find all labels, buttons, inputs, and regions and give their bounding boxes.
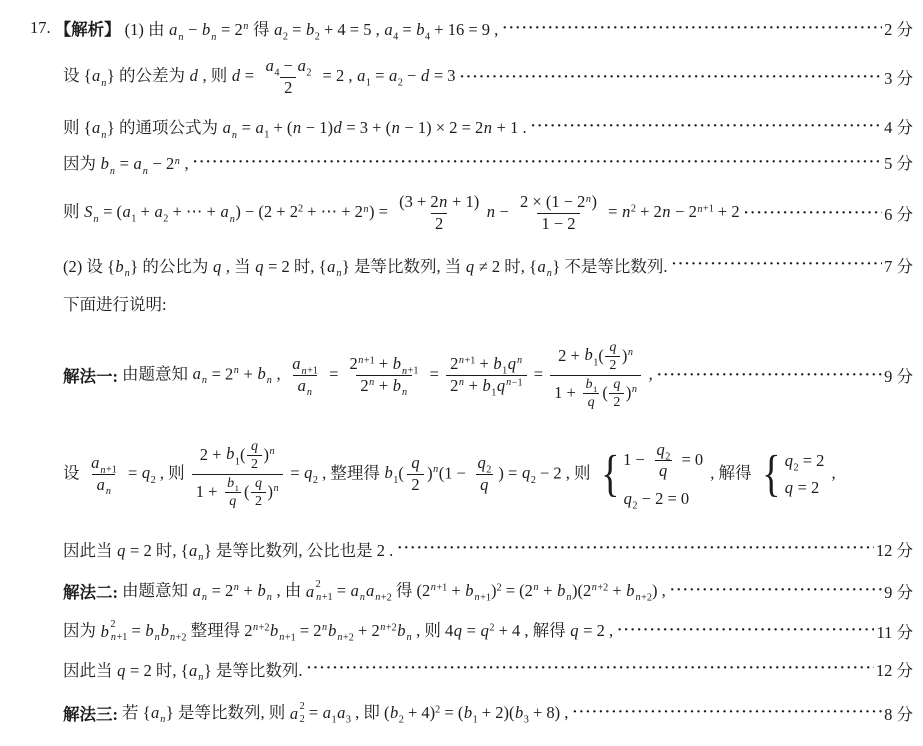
score-label: 5 分 (884, 150, 913, 174)
cases-brace: { (762, 452, 780, 495)
score-label: 6 分 (884, 201, 913, 225)
score-label: 12 分 (876, 657, 913, 681)
score-label: 12 分 (876, 537, 913, 561)
score-label: 11 分 (876, 619, 913, 643)
math-expression: (2) 设 {bn} 的公比为 q , 当 q = 2 时, {an} 是等比数… (63, 253, 667, 277)
dots-leader: ········································… (572, 704, 882, 721)
analysis-tag: 【解析】 (55, 16, 121, 40)
math-expression: 由题意知 an = 2n + bn , 由 a2n+1 = anan+2 得 (… (122, 577, 666, 605)
score-label: 8 分 (884, 701, 913, 725)
math-expression: 设 an+1an = q2 , 则 2 + b1(q2)n1 + b1q(q2)… (63, 438, 836, 511)
solution-line: 解法三:若 {an} 是等比数列, 则 a22 = a1a3 , 即 (b2 +… (63, 699, 913, 727)
math-expression: 因此当 q = 2 时, {an} 是等比数列. (63, 657, 303, 681)
dots-leader: ········································… (502, 20, 882, 37)
solution-line: 因为 b2n+1 = bnbn+2 整理得 2n+2bn+1 = 2nbn+2 … (63, 617, 913, 645)
score-label: 9 分 (884, 363, 913, 387)
solution-line: 设 {an} 的公差为 d , 则 d = a4 − a22 = 2 , a1 … (63, 56, 913, 98)
solution-line: (2) 设 {bn} 的公比为 q , 当 q = 2 时, {an} 是等比数… (63, 253, 913, 277)
solution-line: 则 {an} 的通项公式为 an = a1 + (n − 1)d = 3 + (… (63, 114, 913, 138)
dots-leader: ········································… (657, 367, 882, 384)
score-label: 9 分 (884, 579, 913, 603)
dots-leader: ········································… (193, 154, 883, 171)
method-label: 解法二: (63, 579, 118, 603)
math-expression: (1) 由 an − bn = 2n 得 a2 = b2 + 4 = 5 , a… (125, 16, 499, 40)
math-expression: 由题意知 an = 2n + bn , an+1an = 2n+1 + bn+1… (122, 339, 653, 412)
score-label: 4 分 (884, 114, 913, 138)
dots-leader: ········································… (744, 205, 883, 222)
dots-leader: ········································… (531, 118, 883, 135)
solution-line: 17.【解析】(1) 由 an − bn = 2n 得 a2 = b2 + 4 … (30, 16, 913, 40)
math-expression: 因此当 q = 2 时, {an} 是等比数列, 公比也是 2 . (63, 537, 393, 561)
solution-line: 因此当 q = 2 时, {an} 是等比数列, 公比也是 2 .·······… (63, 537, 913, 561)
solution-body: 17.【解析】(1) 由 an − bn = 2n 得 a2 = b2 + 4 … (30, 16, 913, 727)
solution-line: 下面进行说明: (63, 291, 913, 315)
solution-line: 因为 bn = an − 2n ,·······················… (63, 150, 913, 174)
score-label: 7 分 (884, 253, 913, 277)
dots-leader: ········································… (397, 540, 874, 557)
dots-leader: ········································… (670, 582, 882, 599)
method-label: 解法三: (63, 701, 118, 725)
solution-line: 设 an+1an = q2 , 则 2 + b1(q2)n1 + b1q(q2)… (63, 438, 913, 511)
solution-line: 解法二:由题意知 an = 2n + bn , 由 a2n+1 = anan+2… (63, 577, 913, 605)
math-expression: 则 Sn = (a1 + a2 + ⋯ + an) − (2 + 22 + ⋯ … (63, 192, 740, 234)
solution-line: 因此当 q = 2 时, {an} 是等比数列.················… (63, 657, 913, 681)
cases-brace: { (601, 452, 619, 495)
math-expression: 因为 b2n+1 = bnbn+2 整理得 2n+2bn+1 = 2nbn+2 … (63, 617, 613, 645)
dots-leader: ········································… (617, 622, 874, 639)
solution-line: 则 Sn = (a1 + a2 + ⋯ + an) − (2 + 22 + ⋯ … (63, 192, 913, 234)
method-label: 解法一: (63, 363, 118, 387)
dots-leader: ········································… (307, 660, 874, 677)
math-expression: 则 {an} 的通项公式为 an = a1 + (n − 1)d = 3 + (… (63, 114, 527, 138)
problem-number: 17. (30, 18, 51, 38)
math-expression: 因为 bn = an − 2n , (63, 150, 189, 174)
score-label: 3 分 (884, 65, 913, 89)
math-expression: 设 {an} 的公差为 d , 则 d = a4 − a22 = 2 , a1 … (63, 56, 456, 98)
score-label: 2 分 (884, 16, 913, 40)
math-expression: 下面进行说明: (63, 291, 167, 315)
dots-leader: ········································… (671, 256, 882, 273)
math-expression: 若 {an} 是等比数列, 则 a22 = a1a3 , 即 (b2 + 4)2… (122, 699, 568, 727)
dots-leader: ········································… (460, 69, 883, 86)
solution-line: 解法一:由题意知 an = 2n + bn , an+1an = 2n+1 + … (63, 339, 913, 412)
solution-document: 17.【解析】(1) 由 an − bn = 2n 得 a2 = b2 + 4 … (0, 0, 923, 746)
